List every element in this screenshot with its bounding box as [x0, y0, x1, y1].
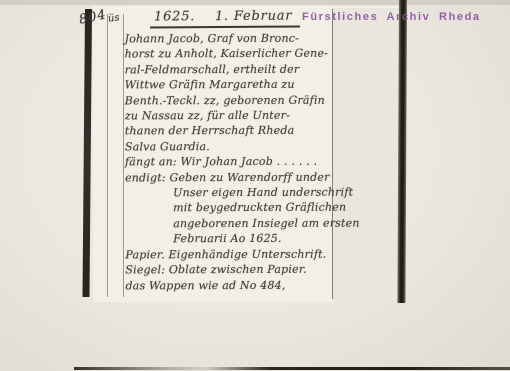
entry-text-block: Johann Jacob, Graf von Bronc- horst zu A…	[125, 31, 334, 294]
entry-line-incipit: fängt an: Wir Johan Jacob . . . . . .	[125, 154, 333, 170]
entry-line: Wittwe Gräfin Margaretha zu	[125, 77, 333, 93]
entry-line: horst zu Anholt, Kaiserlicher Gene-	[125, 46, 333, 62]
entry-line: ral-Feldmarschall, ertheilt der	[125, 61, 333, 77]
entry-line: Salva Guardia.	[125, 138, 333, 154]
entry-line-explicit: endigt: Geben zu Warendorff under	[125, 169, 333, 185]
entry-line: zu Nassau zz, für alle Unter-	[125, 108, 333, 124]
archive-stamp: Fürstliches Archiv Rheda	[302, 11, 481, 23]
photo-bottom-edge	[74, 367, 510, 370]
entry-line: Benth.-Teckl. zz, geborenen Gräfin	[125, 92, 333, 108]
entry-line: Johann Jacob, Graf von Bronc-	[125, 31, 333, 47]
entry-line: thanen der Herrschaft Rheda	[125, 123, 333, 139]
entry-line-seal: Siegel: Oblate zwischen Papier.	[125, 262, 333, 278]
entry-date-heading: 1625. 1. Februar	[150, 8, 300, 28]
photo-top-edge	[0, 0, 510, 5]
entry-line-reference: das Wappen wie ad No 484,	[125, 277, 333, 293]
entry-line: mit beygedruckten Gräflichen	[173, 200, 333, 216]
entry-line: Unser eigen Hand underschrift	[173, 185, 333, 201]
binding-bar-right	[397, 0, 407, 303]
entry-line: angeborenen Insiegel am ersten	[173, 216, 333, 232]
column-rule-left-1	[107, 14, 108, 297]
ledger-right-column	[333, 8, 400, 302]
entry-line: Februarii Ao 1625.	[173, 231, 333, 247]
margin-folio-mark: üs	[107, 12, 120, 24]
entry-line-material: Papier. Eigenhändige Unterschrift.	[125, 246, 333, 262]
